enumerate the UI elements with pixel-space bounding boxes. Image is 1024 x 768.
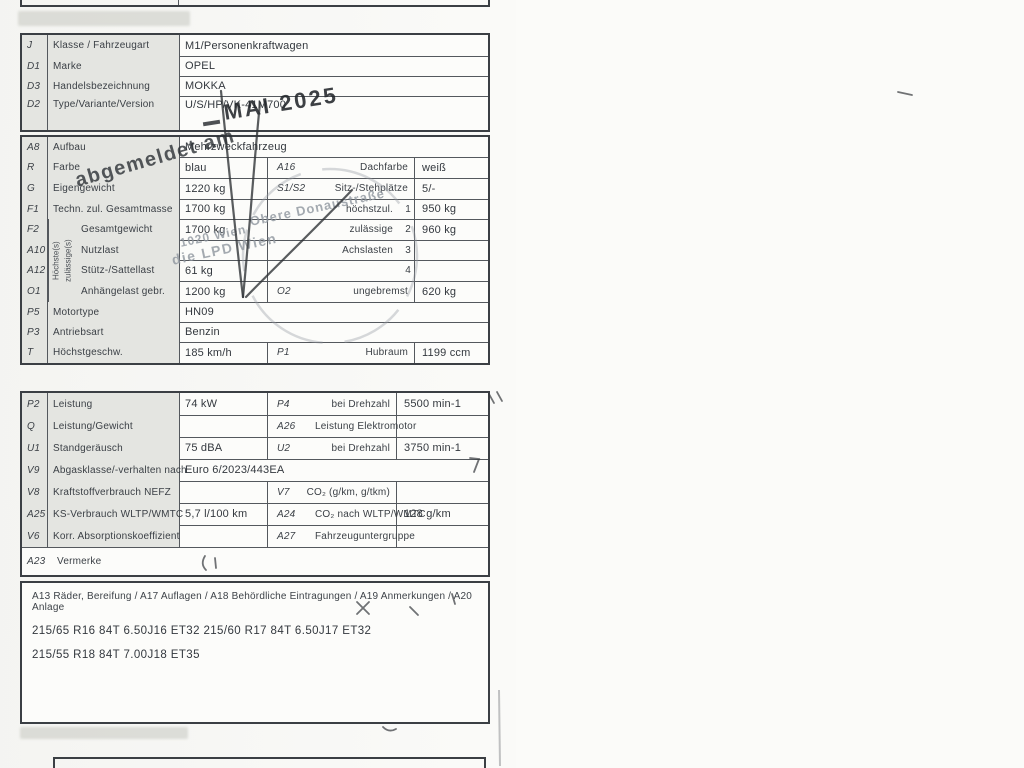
field-value: blau — [180, 157, 268, 178]
field-code: O1 — [22, 281, 48, 302]
field-right-label: bei Drehzahl — [310, 393, 397, 415]
page-edge-line — [499, 690, 500, 766]
field-right-value: 5/- — [417, 178, 488, 199]
field-label: KS-Verbrauch WLTP/WMTC — [48, 503, 180, 525]
field-value: 1220 kg — [180, 178, 268, 199]
field-right-label: Dachfarbe — [310, 157, 415, 178]
field-right-value: 960 kg — [417, 219, 488, 240]
field-label: Leistung — [48, 393, 180, 415]
field-right-code: U2 — [272, 437, 308, 459]
field-right-number: 3 — [399, 240, 415, 260]
field-value: 5,7 l/100 km — [180, 503, 268, 525]
field-right-label: ungebremst — [310, 281, 415, 302]
field-code: A10 — [22, 240, 48, 260]
field-code: D1 — [22, 56, 48, 76]
table-row-O1: O1Anhängelast gebr.1200 kgO2ungebremst62… — [22, 281, 488, 303]
scan-smudge — [18, 11, 190, 26]
tire-spec-line: 215/65 R16 84T 6.50J16 ET32 215/60 R17 8… — [32, 625, 478, 637]
field-right-value: 620 kg — [417, 281, 488, 302]
field-right-value: 3750 min-1 — [399, 437, 488, 459]
field-code: P3 — [22, 322, 48, 342]
field-code: A12 — [22, 260, 48, 281]
field-value — [180, 481, 268, 503]
field-label: Standgeräusch — [48, 437, 180, 459]
field-code: R — [22, 157, 48, 178]
field-code: A25 — [22, 503, 48, 525]
table-row-P5: P5MotortypeHN09 — [22, 302, 488, 323]
field-value: Mehrzweckfahrzeug — [180, 137, 488, 157]
field-label: Stütz-/Sattellast — [76, 260, 180, 281]
table-row-D2: D2Type/Variante/VersionU/S/HP/VK-41M700 — [22, 96, 488, 130]
field-right-code: P4 — [272, 393, 308, 415]
table-row-A25: A25KS-Verbrauch WLTP/WMTC5,7 l/100 kmA24… — [22, 503, 488, 526]
field-code: J — [22, 35, 48, 56]
table-row-A23: A23Vermerke — [22, 547, 488, 575]
field-code: D3 — [22, 76, 48, 96]
field-label: Anhängelast gebr. — [76, 281, 180, 302]
field-value — [180, 415, 268, 437]
table-row-T: THöchstgeschw.185 km/hP1Hubraum1199 ccm — [22, 342, 488, 363]
field-right-code: V7 — [272, 481, 308, 503]
field-code: Q — [22, 415, 48, 437]
wheels-block-header: A13 Räder, Bereifung / A17 Auflagen / A1… — [32, 591, 478, 613]
next-section-cutoff-box — [53, 757, 486, 768]
field-right-code: S1/S2 — [272, 178, 308, 199]
field-label: Nutzlast — [76, 240, 180, 260]
field-value — [180, 525, 268, 547]
table-row-R: RFarbeblauA16Dachfarbeweiß — [22, 157, 488, 179]
field-code: A8 — [22, 137, 48, 157]
field-value: Euro 6/2023/443EA — [180, 459, 488, 481]
field-right-value: 1199 ccm — [417, 342, 488, 363]
table-row-U1: U1Standgeräusch75 dBAU2bei Drehzahl3750 … — [22, 437, 488, 460]
field-right-number: 1 — [399, 199, 415, 219]
table-row-V6: V6Korr. AbsorptionskoeffizientA27Fahrzeu… — [22, 525, 488, 548]
field-code: U1 — [22, 437, 48, 459]
field-right-label: Achslasten — [310, 240, 399, 260]
field-right-code: A26 — [272, 415, 308, 437]
field-code: V9 — [22, 459, 48, 481]
field-right-label: CO₂ (g/km, g/tkm) — [310, 481, 397, 503]
table-row-P2: P2Leistung74 kWP4bei Drehzahl5500 min-1 — [22, 393, 488, 416]
field-label: Motortype — [48, 302, 180, 322]
field-label: Techn. zul. Gesamtmasse — [48, 199, 180, 219]
field-value: M1/Personenkraftwagen — [180, 35, 488, 56]
field-right-value — [399, 481, 488, 503]
field-value: U/S/HP/VK-41M700 — [180, 96, 488, 130]
field-right-value: 950 kg — [417, 199, 488, 219]
field-right-label: zulässige — [310, 219, 399, 240]
field-code: V6 — [22, 525, 48, 547]
field-right-label — [310, 260, 399, 281]
field-right-label: Leistung Elektromotor — [310, 415, 397, 437]
table-row-D1: D1MarkeOPEL — [22, 56, 488, 77]
field-right-label: bei Drehzahl — [310, 437, 397, 459]
field-code: A23 — [22, 547, 48, 575]
table-row-A12: A12Stütz-/Sattellast61 kg4 — [22, 260, 488, 282]
field-label: Leistung/Gewicht — [48, 415, 180, 437]
field-right-value — [417, 260, 488, 281]
field-right-number: 2 — [399, 219, 415, 240]
field-value: 185 km/h — [180, 342, 268, 363]
field-label: Kraftstoffverbrauch NEFZ — [48, 481, 180, 503]
field-value: OPEL — [180, 56, 488, 76]
field-label: Handelsbezeichnung — [48, 76, 180, 96]
previous-section-cutoff-box — [20, 0, 490, 7]
table-row-G: GEigengewicht1220 kgS1/S2Sitz-/Stehplätz… — [22, 178, 488, 200]
field-code: G — [22, 178, 48, 199]
field-label: Klasse / Fahrzeugart — [48, 35, 180, 56]
field-code: V8 — [22, 481, 48, 503]
scan-smudge — [20, 727, 188, 739]
field-label: Vermerke — [52, 547, 252, 575]
rotated-max-permissible-label: Höchste(s) zulässige(s) — [48, 219, 76, 302]
field-value: Benzin — [180, 322, 488, 342]
field-right-value — [417, 240, 488, 260]
field-right-value — [399, 525, 488, 547]
field-value: 74 kW — [180, 393, 268, 415]
field-code: F1 — [22, 199, 48, 219]
table-row-V8: V8Kraftstoffverbrauch NEFZV7CO₂ (g/km, g… — [22, 481, 488, 504]
field-right-label: Fahrzeuguntergruppe — [310, 525, 397, 547]
field-right-code: A24 — [272, 503, 308, 525]
vehicle-ident-table: JKlasse / FahrzeugartM1/Personenkraftwag… — [20, 33, 490, 132]
field-label: Höchstgeschw. — [48, 342, 180, 363]
table-row-Q: QLeistung/GewichtA26Leistung Elektromoto… — [22, 415, 488, 438]
field-right-label: CO₂ nach WLTP/WMTC — [310, 503, 397, 525]
field-right-value: 128 g/km — [399, 503, 488, 525]
field-right-label: Hubraum — [310, 342, 415, 363]
column-divider — [178, 0, 179, 5]
field-code: P5 — [22, 302, 48, 322]
field-right-code: P1 — [272, 342, 308, 363]
field-value: 75 dBA — [180, 437, 268, 459]
field-label: Farbe — [48, 157, 180, 178]
field-value: 1200 kg — [180, 281, 268, 302]
field-label: Gesamtgewicht — [76, 219, 180, 240]
field-right-value — [399, 415, 488, 437]
tire-spec-line: 215/55 R18 84T 7.00J18 ET35 — [32, 649, 478, 661]
field-right-code: A16 — [272, 157, 308, 178]
table-row-J: JKlasse / FahrzeugartM1/Personenkraftwag… — [22, 35, 488, 57]
field-label: Aufbau — [48, 137, 180, 157]
table-row-P3: P3AntriebsartBenzin — [22, 322, 488, 343]
vehicle-performance-table: P2Leistung74 kWP4bei Drehzahl5500 min-1Q… — [20, 391, 490, 577]
field-value: MOKKA — [180, 76, 488, 96]
field-code: P2 — [22, 393, 48, 415]
field-value: HN09 — [180, 302, 488, 322]
field-right-value: weiß — [417, 157, 488, 178]
field-right-code: O2 — [272, 281, 308, 302]
field-label: Abgasklasse/-verhalten nach — [48, 459, 180, 481]
field-code: F2 — [22, 219, 48, 240]
table-row-V9: V9Abgasklasse/-verhalten nachEuro 6/2023… — [22, 459, 488, 482]
field-label: Marke — [48, 56, 180, 76]
field-code: T — [22, 342, 48, 363]
field-code: D2 — [22, 96, 48, 130]
field-right-number: 4 — [399, 260, 415, 281]
scanned-vehicle-registration-document: JKlasse / FahrzeugartM1/Personenkraftwag… — [0, 0, 1024, 768]
field-label: Type/Variante/Version — [48, 96, 180, 130]
field-label: Korr. Absorptionskoeffizient — [48, 525, 180, 547]
field-right-value: 5500 min-1 — [399, 393, 488, 415]
wheels-tires-entries-block: A13 Räder, Bereifung / A17 Auflagen / A1… — [20, 581, 490, 724]
field-right-code: A27 — [272, 525, 308, 547]
table-row-D3: D3HandelsbezeichnungMOKKA — [22, 76, 488, 97]
field-label: Antriebsart — [48, 322, 180, 342]
table-row-A8: A8AufbauMehrzweckfahrzeug — [22, 137, 488, 158]
field-label: Eigengewicht — [48, 178, 180, 199]
